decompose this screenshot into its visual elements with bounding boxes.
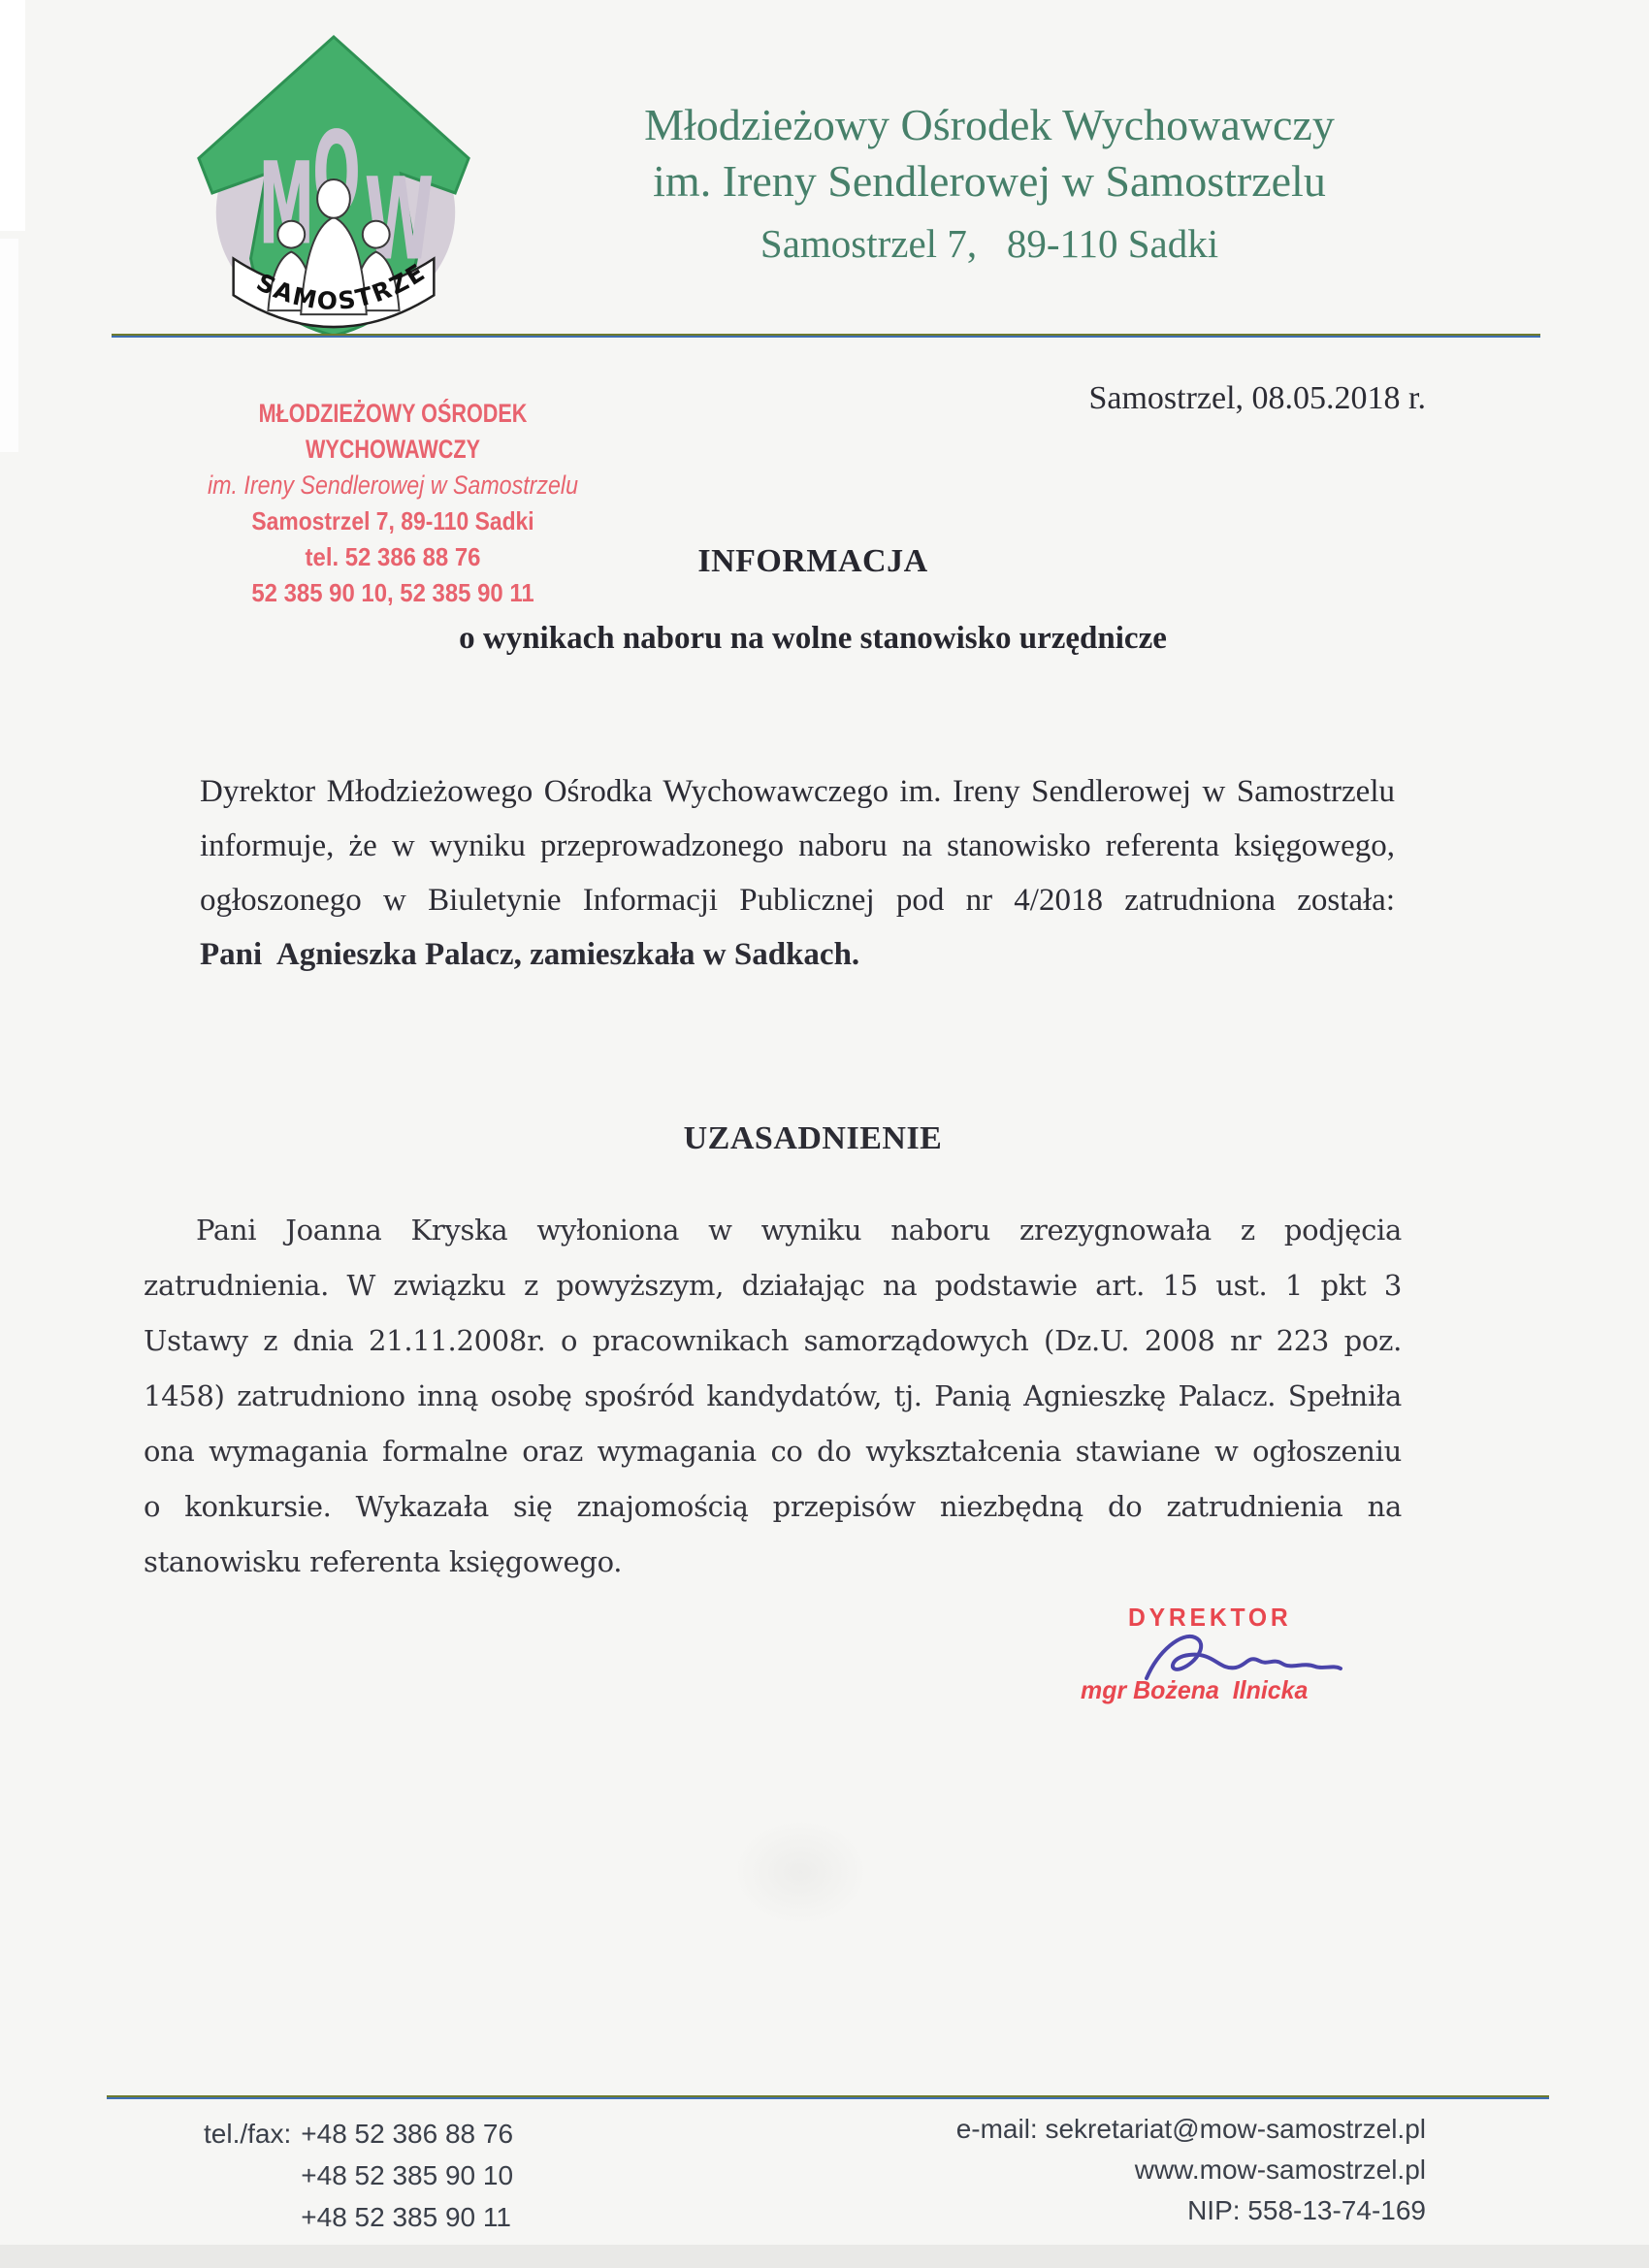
signature-name-stamp: mgr Bożena Ilnicka [1081,1675,1308,1705]
footer-contact-block: e-mail: sekretariat@mow-samostrzel.pl ww… [956,2109,1426,2231]
footer-website: www.mow-samostrzel.pl [956,2150,1426,2190]
paragraph-line: Dyrektor Młodzieżowego Ośrodka Wychowawc… [200,764,1395,819]
footer-divider-line [107,2095,1549,2099]
signature-ink-path [1147,1636,1341,1678]
scan-edge-artifact [0,0,25,231]
footer-phone-block: tel./fax: +48 52 386 88 76 +48 52 385 90… [204,2113,513,2238]
footer-tel-number-3: +48 52 385 90 11 [301,2196,513,2238]
paragraph-line: 1458) zatrudniono inną osobę spośród kan… [144,1369,1402,1424]
paragraph-line: o konkursie. Wykazała się znajomością pr… [144,1479,1402,1535]
footer-spacer [204,2196,291,2238]
footer-email: e-mail: sekretariat@mow-samostrzel.pl [956,2109,1426,2150]
document-content: INFORMACJA o wynikach naboru na wolne st… [200,0,1426,2268]
hired-person-name-line: Pani Agnieszka Palacz, zamieszkała w Sad… [200,927,1395,982]
paragraph-line: zatrudnienia. W związku z powyższym, dzi… [144,1258,1402,1313]
paragraph-result-announcement: Dyrektor Młodzieżowego Ośrodka Wychowawc… [200,764,1395,982]
section-heading-uzasadnienie: UZASADNIENIE [200,1120,1426,1157]
footer-nip: NIP: 558-13-74-169 [956,2190,1426,2231]
footer-tel-label: tel./fax: [204,2113,291,2155]
paragraph-justification: Pani Joanna Kryska wyłoniona w wyniku na… [144,1203,1402,1590]
paragraph-line: stanowisku referenta księgowego. [144,1535,1402,1590]
scan-edge-artifact [0,239,18,452]
paragraph-line: ogłoszonego w Biuletynie Informacji Publ… [200,873,1395,927]
paragraph-line: ona wymagania formalne oraz wymagania co… [144,1424,1402,1479]
paragraph-line: Ustawy z dnia 21.11.2008r. o pracownikac… [144,1313,1402,1369]
footer-tel-fax-number: +48 52 386 88 76 [301,2113,513,2155]
footer-tel-number-2: +48 52 385 90 10 [301,2155,513,2196]
paragraph-line: informuje, że w wyniku przeprowadzonego … [200,819,1395,873]
paragraph-line: Pani Joanna Kryska wyłoniona w wyniku na… [144,1203,1402,1258]
footer-spacer [204,2155,291,2196]
scanned-letter-page: M O W SAMOSTRZEL Młodzieżowy Ośrodek Wyc… [0,0,1649,2268]
document-title: INFORMACJA [200,543,1426,580]
document-subtitle: o wynikach naboru na wolne stanowisko ur… [200,621,1426,657]
